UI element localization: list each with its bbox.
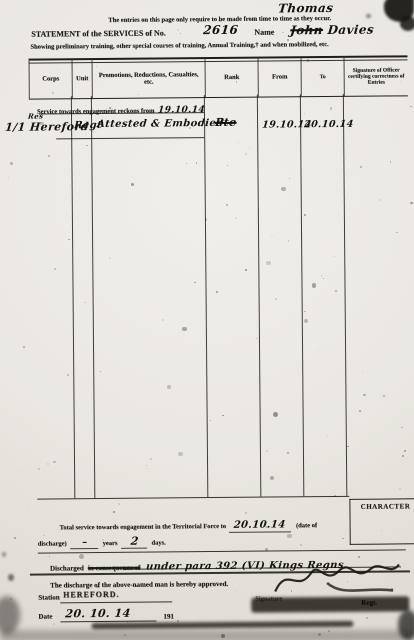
col-rank: Rank <box>205 59 258 97</box>
handwritten-forename-struck: John <box>290 23 324 37</box>
days-value: 2 <box>121 535 148 549</box>
col-corps: Corps <box>30 60 72 98</box>
handwritten-forename-correction: Thomas <box>277 1 334 15</box>
entry-rank: Pte <box>214 116 237 129</box>
character-box: CHARACTER <box>349 498 414 545</box>
days-label: days. <box>151 539 165 546</box>
total-service-label: Total service towards engagement in the … <box>60 523 227 531</box>
scan-speck-left-2 <box>2 552 6 557</box>
entry-rule-bottom <box>56 137 204 139</box>
col-signature: Signature of Officer certifying correctn… <box>344 57 408 96</box>
date-value: 20. 10. 14 <box>65 607 132 621</box>
statement-title: STATEMENT of the SERVICES of No. <box>31 28 165 38</box>
discharge-word: discharge) <box>38 540 67 547</box>
approval-text: The discharge of the above-named man is … <box>50 580 228 590</box>
date-of-label: (date of <box>296 522 317 529</box>
year-stub: 191 <box>163 612 174 620</box>
name-label: Name <box>254 27 274 36</box>
col-promotions: Promotions, Reductions, Casualties, etc. <box>92 59 205 98</box>
table-rule-promotions-rank <box>204 95 209 497</box>
scan-bottom-band <box>0 630 414 640</box>
date-label: Date <box>38 612 52 620</box>
years-label: years <box>103 540 118 547</box>
footnote-smudge <box>91 621 353 629</box>
stamp-fragment: Regt. <box>361 599 377 607</box>
entry-event: Attested & Embodied <box>97 118 224 130</box>
station-label: Station <box>38 593 59 601</box>
table-rule-from-to <box>300 94 305 496</box>
character-label: CHARACTER <box>350 502 414 511</box>
discharged-prefix: Discharged <box>50 564 84 572</box>
service-table-header: Corps Unit Promotions, Reductions, Casua… <box>29 55 408 99</box>
table-rule-unit-promotions <box>91 96 96 498</box>
col-from: From <box>258 58 301 96</box>
scanned-service-record-page: Thomas The entries on this page only req… <box>0 0 414 640</box>
handwritten-surname: Davies <box>327 23 375 37</box>
years-value: – <box>70 537 99 549</box>
table-rule-rank-from <box>257 95 262 497</box>
service-number: 2616 <box>203 23 239 37</box>
station-underline <box>60 601 172 603</box>
entry-corps-note: Res <box>28 112 44 121</box>
table-rule-to-signature <box>343 94 348 496</box>
scan-speck-top <box>366 14 371 18</box>
stamp-smudge <box>251 596 409 612</box>
total-service-date: 20.10.14 <box>229 519 292 533</box>
subtitle: Showing preliminary training, other spec… <box>30 40 402 51</box>
service-reckons-date: 19.10.14 <box>158 105 206 115</box>
table-bottom-rule <box>37 496 349 500</box>
col-unit: Unit <box>72 60 92 98</box>
col-to: To <box>301 58 344 96</box>
table-rule-corps-unit <box>71 96 76 498</box>
scan-speck-left <box>8 574 14 581</box>
entry-to-date: 20.10.14 <box>304 119 355 130</box>
station-value: HEREFORD. <box>63 590 119 599</box>
